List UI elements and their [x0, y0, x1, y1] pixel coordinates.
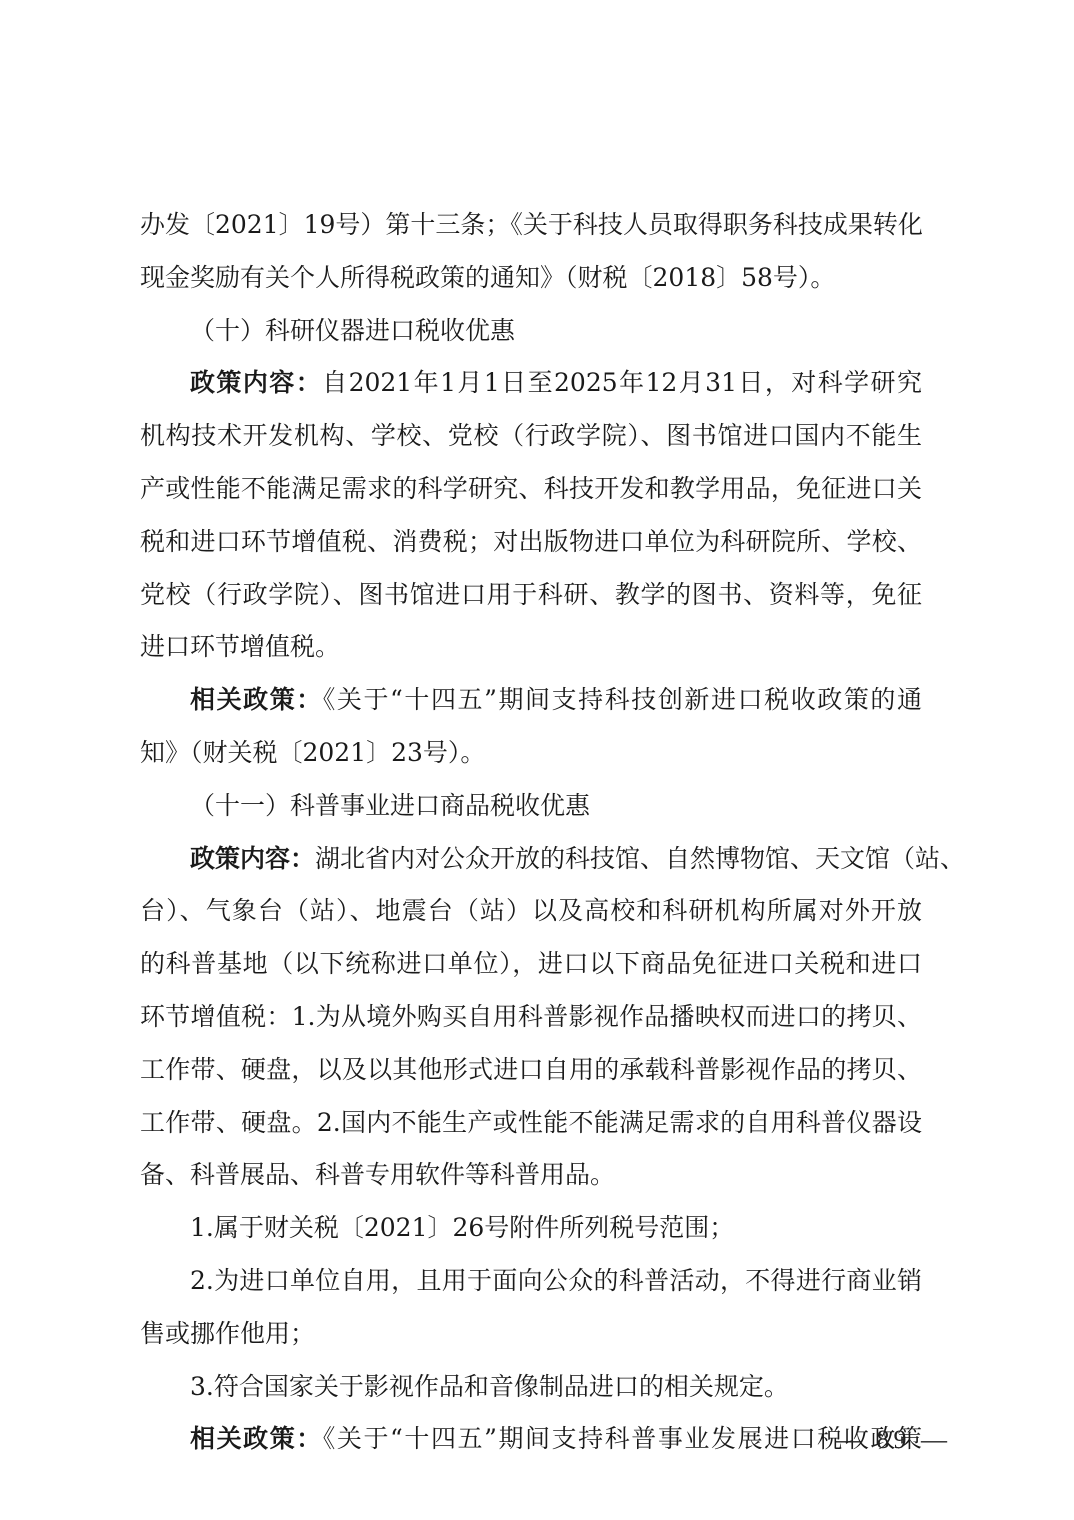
policy-content-text: 自2021年1月1日至2025年12月31日，对科学研究 [322, 368, 922, 397]
document-page: 办发〔2021〕19号）第十三条；《关于科技人员取得职务科技成果转化 现金奖励有… [140, 199, 922, 1466]
policy-content-label: 政策内容： [190, 368, 322, 397]
text-line: 知》（财关税〔2021〕23号）。 [140, 727, 922, 780]
policy-content-label: 政策内容： [190, 844, 315, 873]
policy-content-paragraph: 政策内容：湖北省内对公众开放的科技馆、自然博物馆、天文馆（站、 [140, 833, 922, 886]
text-line: 党校（行政学院）、图书馆进口用于科研、教学的图书、资料等，免征 [140, 569, 922, 622]
related-policy-paragraph: 相关政策：《关于“十四五”期间支持科普事业发展进口税收政策 [140, 1413, 922, 1466]
policy-content-text: 湖北省内对公众开放的科技馆、自然博物馆、天文馆（站、 [315, 844, 965, 873]
condition-item: 2.为进口单位自用，且用于面向公众的科普活动，不得进行商业销 [140, 1255, 922, 1308]
condition-item: 3.符合国家关于影视作品和音像制品进口的相关规定。 [140, 1361, 922, 1414]
related-policy-paragraph: 相关政策：《关于“十四五”期间支持科技创新进口税收政策的通 [140, 674, 922, 727]
text-line: 产或性能不能满足需求的科学研究、科技开发和教学用品，免征进口关 [140, 463, 922, 516]
text-line: 台）、气象台（站）、地震台（站）以及高校和科研机构所属对外开放 [140, 885, 922, 938]
related-policy-label: 相关政策： [190, 685, 323, 714]
text-line: 办发〔2021〕19号）第十三条；《关于科技人员取得职务科技成果转化 [140, 199, 922, 252]
policy-content-paragraph: 政策内容：自2021年1月1日至2025年12月31日，对科学研究 [140, 357, 922, 410]
text-line: 税和进口环节增值税、消费税；对出版物进口单位为科研院所、学校、 [140, 516, 922, 569]
text-line: 的科普基地（以下统称进口单位），进口以下商品免征进口关税和进口 [140, 938, 922, 991]
text-line: 售或挪作他用； [140, 1308, 922, 1361]
text-line: 进口环节增值税。 [140, 621, 922, 674]
condition-item: 1.属于财关税〔2021〕26号附件所列税号范围； [140, 1202, 922, 1255]
text-line: 机构技术开发机构、学校、党校（行政学院）、图书馆进口国内不能生 [140, 410, 922, 463]
section-heading: （十一）科普事业进口商品税收优惠 [140, 780, 922, 833]
text-line: 备、科普展品、科普专用软件等科普用品。 [140, 1149, 922, 1202]
text-line: 工作带、硬盘。2.国内不能生产或性能不能满足需求的自用科普仪器设 [140, 1097, 922, 1150]
related-policy-text: 《关于“十四五”期间支持科普事业发展进口税收政策 [323, 1424, 922, 1453]
text-line: 工作带、硬盘，以及以其他形式进口自用的承载科普影视作品的拷贝、 [140, 1044, 922, 1097]
section-heading: （十）科研仪器进口税收优惠 [140, 305, 922, 358]
text-line: 现金奖励有关个人所得税政策的通知》（财税〔2018〕58号）。 [140, 252, 922, 305]
text-line: 环节增值税：1.为从境外购买自用科普影视作品播映权而进口的拷贝、 [140, 991, 922, 1044]
related-policy-text: 《关于“十四五”期间支持科技创新进口税收政策的通 [323, 685, 922, 714]
related-policy-label: 相关政策： [190, 1424, 323, 1453]
page-number: — 89 — [836, 1425, 951, 1455]
